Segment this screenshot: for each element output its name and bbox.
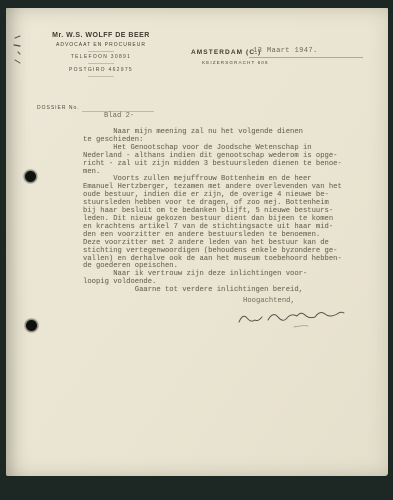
dossier-label: DOSSIER No.	[37, 105, 80, 111]
letterhead-address: KEIZERSGRACHT 606	[202, 60, 269, 65]
typed-date: 13 Maart 1947.	[253, 47, 318, 55]
punch-hole	[26, 320, 37, 331]
closing-salutation: Hoogachtend,	[243, 297, 295, 305]
signature-scribble-icon	[236, 306, 356, 330]
letterhead-divider	[88, 63, 114, 64]
page-number-label: Blad 2-	[104, 112, 134, 120]
letterhead-divider	[88, 76, 114, 77]
letterhead-name: Mr. W.S. WOLFF DE BEER	[52, 32, 150, 39]
letter-page: Mr. W.S. WOLFF DE BEER ADVOCAAT EN PROCU…	[6, 8, 388, 476]
punch-hole	[25, 171, 36, 182]
date-underline	[249, 57, 363, 58]
letterhead: Mr. W.S. WOLFF DE BEER ADVOCAAT EN PROCU…	[34, 32, 168, 77]
letterhead-giro: POSTGIRO 462975	[69, 67, 133, 73]
letterhead-city: AMSTERDAM (C.)	[191, 49, 261, 56]
letterhead-title: ADVOCAAT EN PROCUREUR	[56, 42, 146, 48]
pencil-annotation	[11, 35, 27, 69]
letterhead-phone: TELEFOON 30891	[71, 54, 131, 60]
letterhead-divider	[88, 51, 114, 52]
scanned-letter-background: { "letterhead": { "name": "Mr. W.S. WOLF…	[0, 0, 393, 500]
letter-body: Naar mijn meening zal nu het volgende di…	[83, 129, 342, 295]
